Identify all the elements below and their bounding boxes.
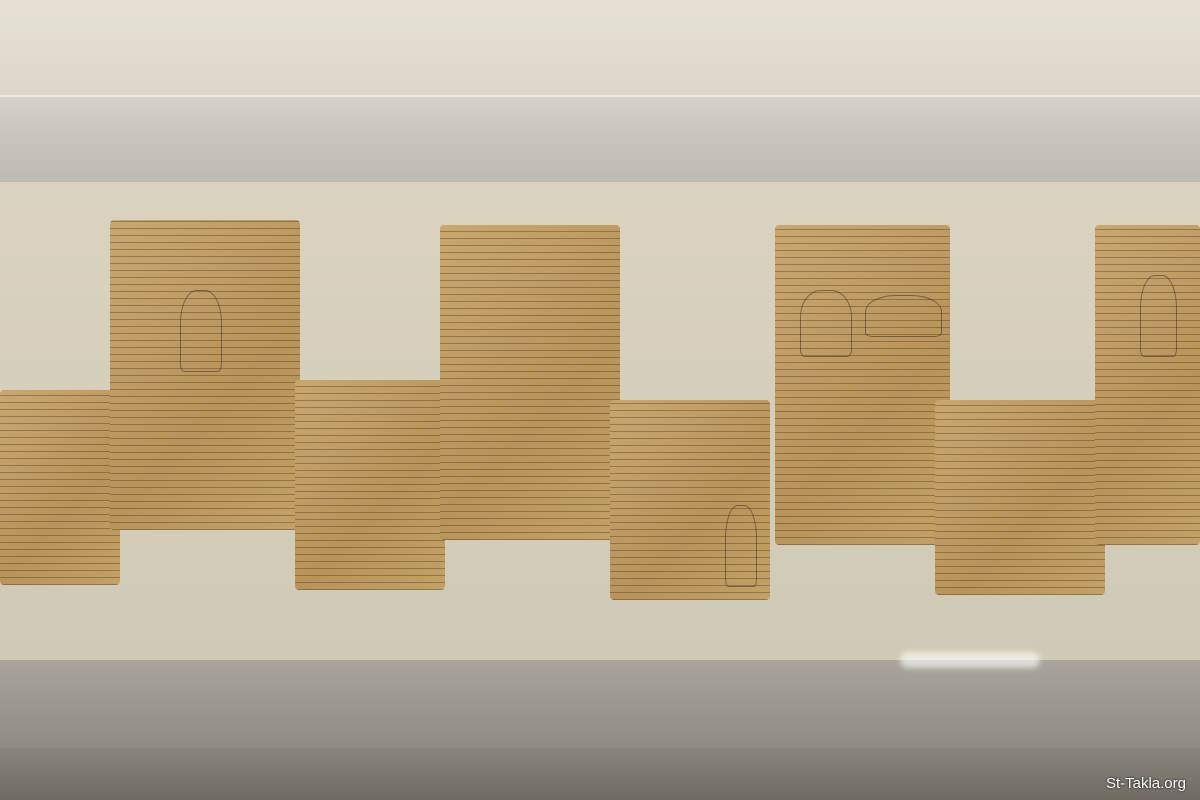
papyrus-fragment-2 [110,220,300,530]
figure-drawing [1140,275,1177,357]
papyrus-fragment-6 [775,225,950,545]
figure-drawing [180,290,222,372]
glass-glare [900,652,1040,668]
display-case-top [0,95,1200,187]
papyrus-fragment-3 [295,380,445,590]
watermark: St-Takla.org [1106,775,1186,792]
figure-drawing [725,505,757,587]
papyrus-fragment-4 [440,225,620,540]
display-case-bottom [0,660,1200,750]
wall [0,0,1200,100]
figure-drawing [865,295,942,337]
case-base [0,748,1200,800]
figure-drawing [800,290,852,357]
papyrus-fragment-7 [935,400,1105,595]
papyrus-fragment-8 [1095,225,1200,545]
papyrus-fragment-1 [0,390,120,585]
